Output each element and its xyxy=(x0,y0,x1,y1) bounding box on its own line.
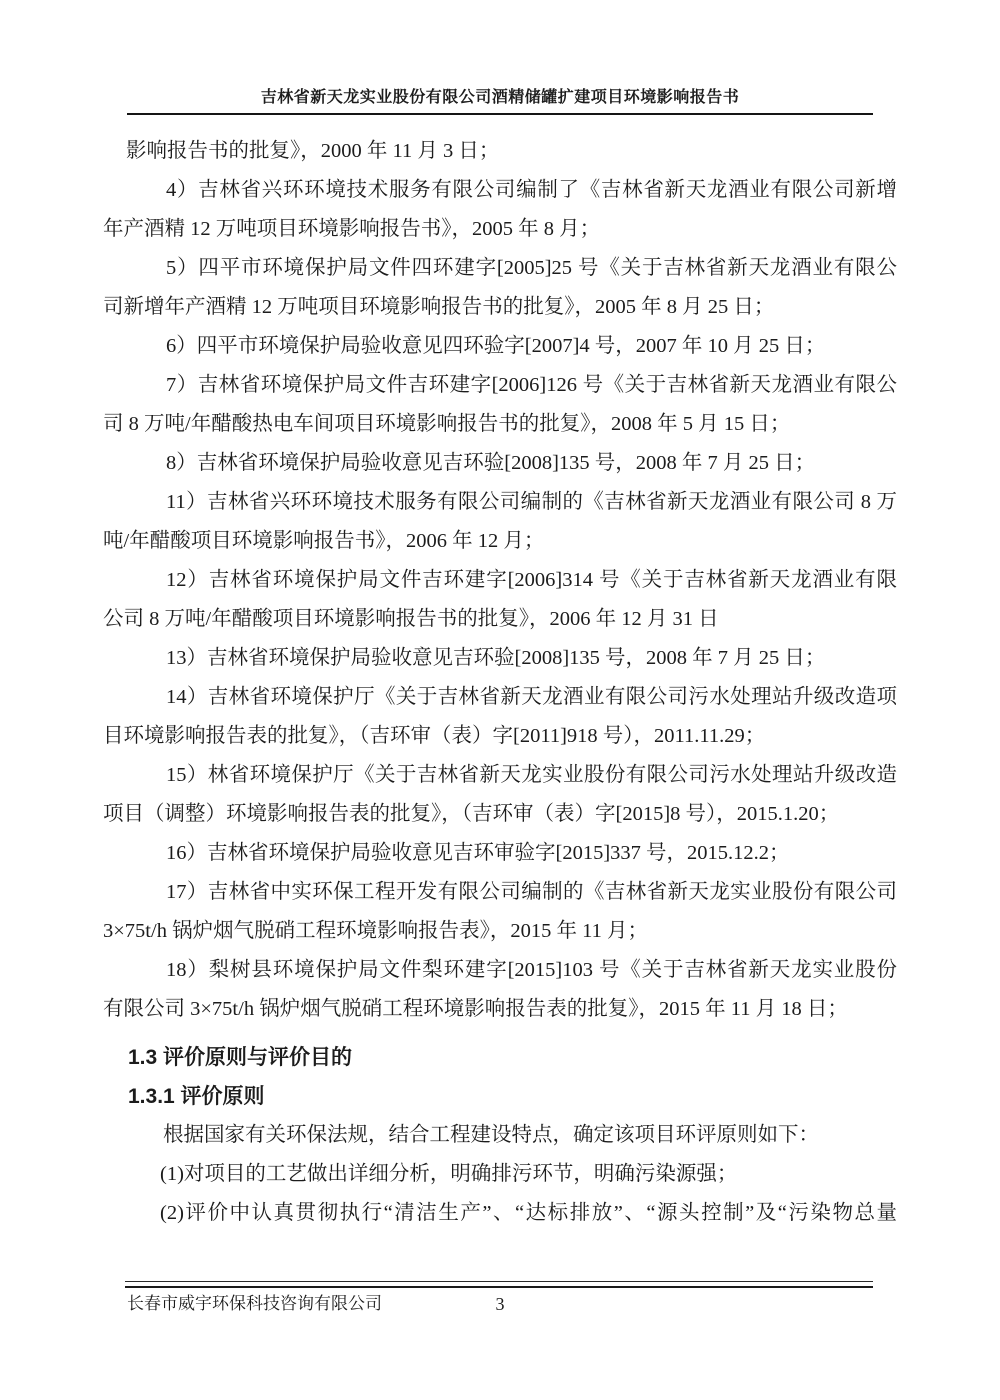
body-text-line: 根据国家有关环保法规，结合工程建设特点，确定该项目环评原则如下： xyxy=(103,1116,897,1155)
body-text-line: 影响报告书的批复》，2000 年 11 月 3 日； xyxy=(103,132,897,171)
body-text-line: 8）吉林省环境保护局验收意见吉环验[2008]135 号，2008 年 7 月 … xyxy=(103,444,897,483)
report-page: 吉林省新天龙实业股份有限公司酒精储罐扩建项目环境影响报告书 影响报告书的批复》，… xyxy=(0,0,1000,1400)
section-heading-1-3: 1.3 评价原则与评价目的 xyxy=(103,1038,897,1077)
body-text-line: 13）吉林省环境保护局验收意见吉环验[2008]135 号，2008 年 7 月… xyxy=(103,639,897,678)
body-text-line: 司 8 万吨/年醋酸热电车间项目环境影响报告书的批复》，2008 年 5 月 1… xyxy=(103,405,897,444)
body-text-line: 7）吉林省环境保护局文件吉环建字[2006]126 号《关于吉林省新天龙酒业有限… xyxy=(103,366,897,405)
section-heading-1-3-1: 1.3.1 评价原则 xyxy=(103,1077,897,1116)
body-text-line: 6）四平市环境保护局验收意见四环验字[2007]4 号，2007 年 10 月 … xyxy=(103,327,897,366)
body-text-line: 3×75t/h 锅炉烟气脱硝工程环境影响报告表》，2015 年 11 月； xyxy=(103,912,897,951)
body-text-line: 目环境影响报告表的批复》，（吉环审（表）字[2011]918 号），2011.1… xyxy=(103,717,897,756)
body-text-line: 11）吉林省兴环环境技术服务有限公司编制的《吉林省新天龙酒业有限公司 8 万 xyxy=(103,483,897,522)
body-text-line: 15）林省环境保护厅《关于吉林省新天龙实业股份有限公司污水处理站升级改造 xyxy=(103,756,897,795)
body-text-line: 12）吉林省环境保护局文件吉环建字[2006]314 号《关于吉林省新天龙酒业有… xyxy=(103,561,897,600)
body-text-line: (1)对项目的工艺做出详细分析，明确排污环节，明确污染源强； xyxy=(103,1155,897,1194)
page-header-title: 吉林省新天龙实业股份有限公司酒精储罐扩建项目环境影响报告书 xyxy=(127,84,873,115)
body-text-line: 公司 8 万吨/年醋酸项目环境影响报告书的批复》，2006 年 12 月 31 … xyxy=(103,600,897,639)
body-text-line: 16）吉林省环境保护局验收意见吉环审验字[2015]337 号，2015.12.… xyxy=(103,834,897,873)
page-footer: 长春市威宇环保科技咨询有限公司 3 xyxy=(127,1290,873,1318)
body-text-line: 项目（调整）环境影响报告表的批复》，（吉环审（表）字[2015]8 号），201… xyxy=(103,795,897,834)
footer-page-number: 3 xyxy=(127,1290,873,1318)
body-text-line: 年产酒精 12 万吨项目环境影响报告书》，2005 年 8 月； xyxy=(103,210,897,249)
body-text-line: 司新增年产酒精 12 万吨项目环境影响报告书的批复》，2005 年 8 月 25… xyxy=(103,288,897,327)
body-text-line: (2)评价中认真贯彻执行“清洁生产”、“达标排放”、“源头控制”及“污染物总量 xyxy=(103,1194,897,1233)
body-text-line: 18）梨树县环境保护局文件梨环建字[2015]103 号《关于吉林省新天龙实业股… xyxy=(103,951,897,990)
body-text-line: 吨/年醋酸项目环境影响报告书》，2006 年 12 月； xyxy=(103,522,897,561)
footer-rule xyxy=(125,1281,873,1288)
body-text-line: 4）吉林省兴环环境技术服务有限公司编制了《吉林省新天龙酒业有限公司新增 xyxy=(103,171,897,210)
body-text-line: 5）四平市环境保护局文件四环建字[2005]25 号《关于吉林省新天龙酒业有限公 xyxy=(103,249,897,288)
body-text-line: 14）吉林省环境保护厅《关于吉林省新天龙酒业有限公司污水处理站升级改造项 xyxy=(103,678,897,717)
body-text-line: 有限公司 3×75t/h 锅炉烟气脱硝工程环境影响报告表的批复》，2015 年 … xyxy=(103,990,897,1029)
body-text-line: 17）吉林省中实环保工程开发有限公司编制的《吉林省新天龙实业股份有限公司 xyxy=(103,873,897,912)
document-body: 影响报告书的批复》，2000 年 11 月 3 日；4）吉林省兴环环境技术服务有… xyxy=(103,132,897,1233)
